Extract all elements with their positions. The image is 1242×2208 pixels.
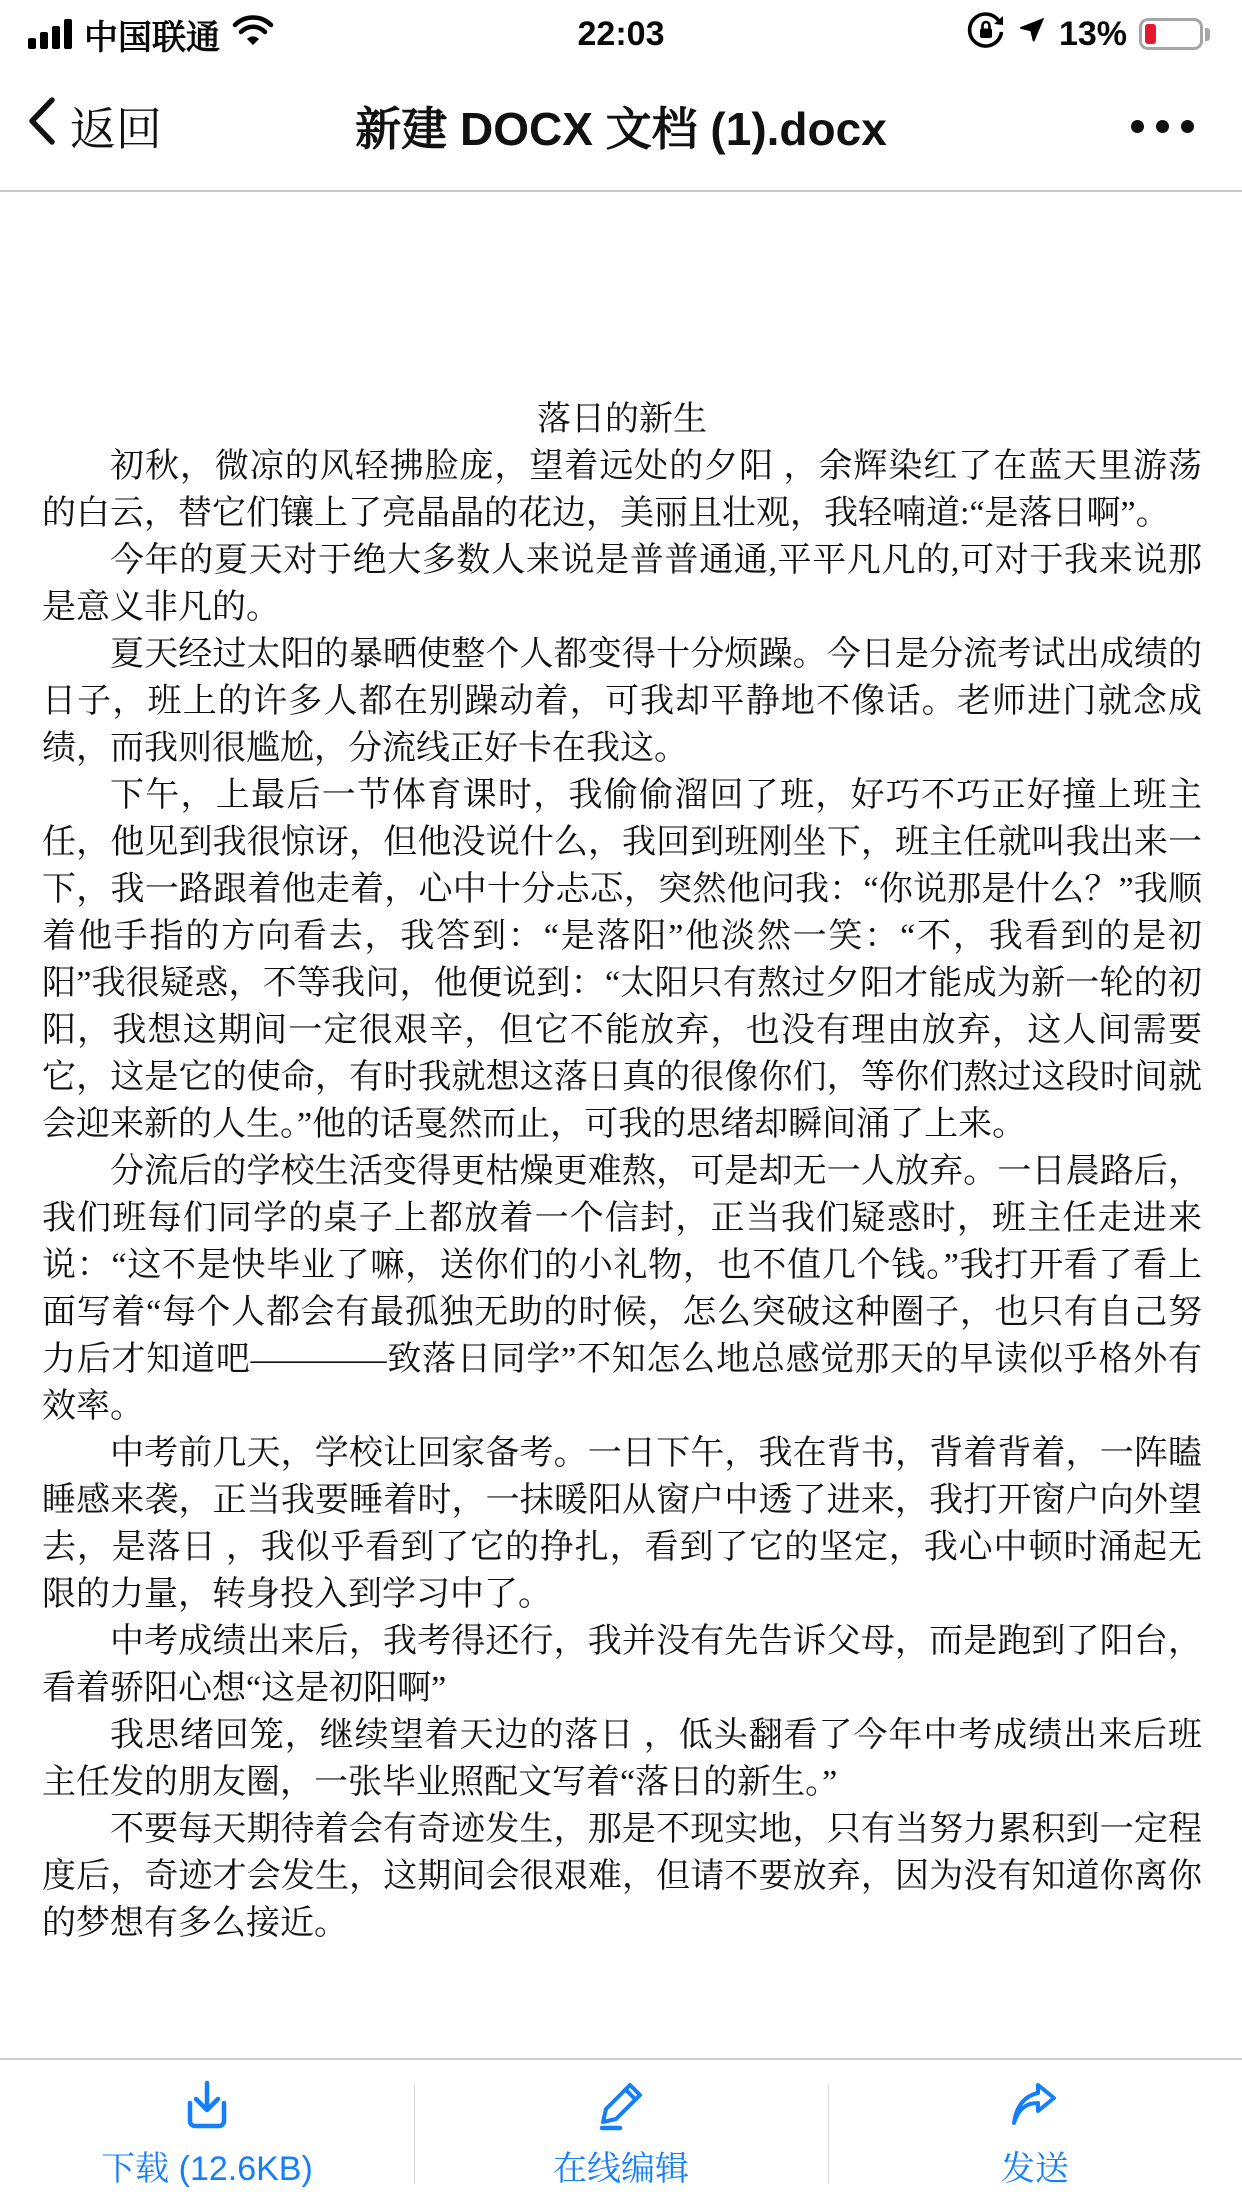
download-icon	[180, 2079, 234, 2131]
essay-paragraph: 下午，上最后一节体育课时，我偷偷溜回了班，好巧不巧正好撞上班主任，他见到我很惊讶…	[42, 772, 1202, 1148]
wifi-icon	[232, 14, 274, 55]
document-title-bar: 新建 DOCX 文档 (1).docx	[355, 93, 887, 159]
document-viewer[interactable]: 落日的新生 初秋，微凉的风轻拂脸庞，望着远处的夕阳 ，余辉染红了在蓝天里游荡的白…	[0, 194, 1242, 2058]
send-button-label: 发送	[1001, 2141, 1069, 2190]
ellipsis-icon	[1131, 120, 1194, 133]
cellular-signal-icon	[28, 19, 72, 49]
carrier-label: 中国联通	[84, 10, 220, 59]
chevron-left-icon	[28, 96, 56, 157]
essay-paragraph: 不要每天期待着会有奇迹发生，那是不现实地，只有当努力累积到一定程度后，奇迹才会发…	[42, 1806, 1202, 1947]
more-options-button[interactable]	[1131, 120, 1194, 133]
download-button-label: 下载 (12.6KB)	[101, 2141, 313, 2190]
online-edit-button-label: 在线编辑	[553, 2141, 689, 2190]
pencil-icon	[594, 2079, 648, 2131]
document-page: 落日的新生 初秋，微凉的风轻拂脸庞，望着远处的夕阳 ，余辉染红了在蓝天里游荡的白…	[0, 194, 1242, 1947]
status-bar: 中国联通 22:03 13%	[0, 0, 1242, 62]
send-button[interactable]: 发送	[828, 2060, 1242, 2208]
battery-icon	[1139, 18, 1210, 50]
essay-paragraph: 夏天经过太阳的暴晒使整个人都变得十分烦躁。今日是分流考试出成绩的日子，班上的许多…	[42, 631, 1202, 772]
essay-paragraph: 分流后的学校生活变得更枯燥更难熬，可是却无一人放弃。一日晨路后，我们班每们同学的…	[42, 1148, 1202, 1430]
download-button[interactable]: 下载 (12.6KB)	[0, 2060, 414, 2208]
orientation-lock-icon	[967, 11, 1005, 58]
essay-paragraph: 我思绪回笼，继续望着天边的落日 ，低头翻看了今年中考成绩出来后班主任发的朋友圈，…	[42, 1712, 1202, 1806]
back-button[interactable]: 返回	[28, 93, 162, 159]
essay-title: 落日的新生	[42, 396, 1202, 443]
essay-paragraph: 中考前几天，学校让回家备考。一日下午，我在背书，背着背着，一阵瞌睡感来袭，正当我…	[42, 1430, 1202, 1618]
essay-paragraph: 中考成绩出来后，我考得还行，我并没有先告诉父母，而是跑到了阳台，看着骄阳心想“这…	[42, 1618, 1202, 1712]
battery-percent-label: 13%	[1059, 15, 1127, 54]
essay-paragraph: 今年的夏天对于绝大多数人来说是普普通通,平平凡凡的,可对于我来说那是意义非凡的。	[42, 537, 1202, 631]
nav-bar: 返回 新建 DOCX 文档 (1).docx	[0, 62, 1242, 192]
share-arrow-icon	[1008, 2079, 1062, 2131]
bottom-toolbar: 下载 (12.6KB) 在线编辑 发送	[0, 2058, 1242, 2208]
location-arrow-icon	[1017, 15, 1047, 54]
back-button-label: 返回	[70, 93, 162, 159]
online-edit-button[interactable]: 在线编辑	[414, 2060, 828, 2208]
essay-paragraph: 初秋，微凉的风轻拂脸庞，望着远处的夕阳 ，余辉染红了在蓝天里游荡的白云，替它们镶…	[42, 443, 1202, 537]
